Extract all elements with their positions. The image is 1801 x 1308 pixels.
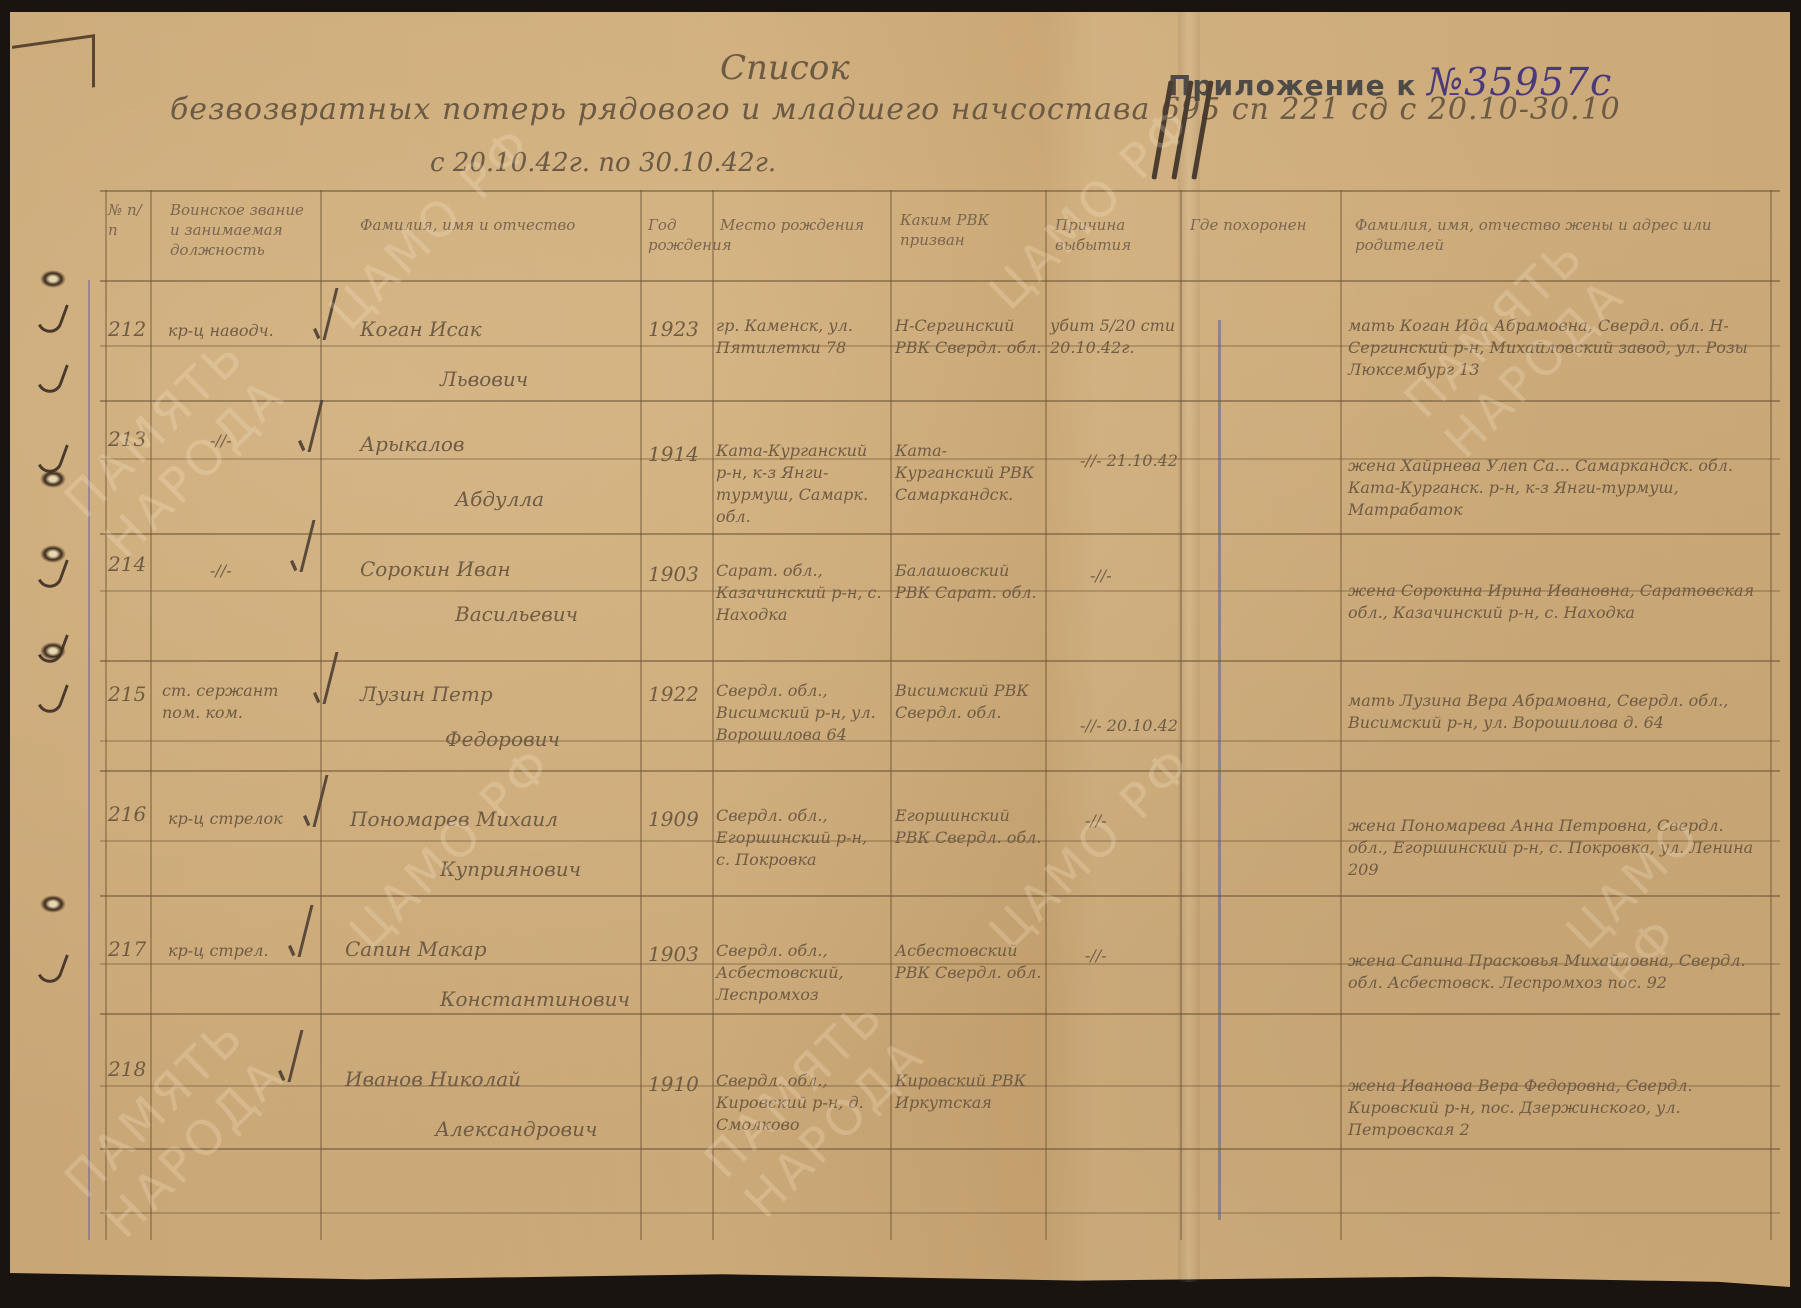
- row-relatives: жена Хайрнева Улеп Са... Самаркандск. об…: [1348, 455, 1766, 521]
- row-patronymic: Куприянович: [440, 855, 581, 883]
- header-rank: Воинское звание и занимаемая должность: [170, 200, 318, 260]
- row-rvk: Асбестовский РВК Свердл. обл.: [895, 940, 1043, 984]
- row-rvk: Балашовский РВК Сарат. обл.: [895, 560, 1043, 604]
- row-rvk: Кировский РВК Иркутская: [895, 1070, 1043, 1114]
- binding-hole: [40, 642, 66, 660]
- row-birthplace: Свердл. обл., Егоршинский р-н, с. Покров…: [716, 805, 886, 871]
- row-cause: -//- 20.10.42: [1080, 715, 1178, 737]
- row-rank: -//-: [210, 430, 232, 452]
- row-number: 214: [108, 550, 146, 578]
- header-number: № п/п: [108, 200, 148, 240]
- row-rvk: Н-Сергинский РВК Свердл. обл.: [895, 315, 1043, 359]
- row-patronymic: Александрович: [435, 1115, 597, 1143]
- row-name: Сорокин Иван: [360, 555, 511, 583]
- row-rvk: Егоршинский РВК Свердл. обл.: [895, 805, 1043, 849]
- row-name: Сапин Макар: [345, 935, 487, 963]
- row-cause: -//- 21.10.42: [1080, 450, 1178, 472]
- row-relatives: жена Иванова Вера Федоровна, Свердл. Кир…: [1348, 1075, 1766, 1141]
- row-number: 216: [108, 800, 146, 828]
- row-name: Лузин Петр: [360, 680, 493, 708]
- row-year: 1922: [648, 680, 699, 708]
- row-cause: -//-: [1085, 945, 1107, 967]
- header-buried: Где похоронен: [1190, 215, 1330, 235]
- row-number: 215: [108, 680, 146, 708]
- row-year: 1909: [648, 805, 699, 833]
- row-relatives: жена Сапина Прасковья Михайловна, Свердл…: [1348, 950, 1766, 994]
- header-rvk: Каким РВК призван: [900, 210, 1040, 250]
- row-name: Арыкалов: [360, 430, 465, 458]
- row-year: 1903: [648, 940, 699, 968]
- header-birthplace: Место рождения: [720, 215, 885, 235]
- row-number: 218: [108, 1055, 146, 1083]
- header-name: Фамилия, имя и отчество: [360, 215, 620, 235]
- binding-hole: [40, 895, 66, 913]
- row-number: 213: [108, 425, 146, 453]
- row-birthplace: Сарат. обл., Казачинский р-н, с. Находка: [716, 560, 886, 626]
- row-year: 1914: [648, 440, 699, 468]
- row-patronymic: Васильевич: [455, 600, 578, 628]
- row-rank: кр-ц стрел.: [168, 940, 269, 962]
- sheet-mark: [1160, 80, 1230, 190]
- header-cause: Причина выбытия: [1055, 215, 1175, 255]
- row-rvk: Висимский РВК Свердл. обл.: [895, 680, 1043, 724]
- row-relatives: мать Коган Ида Абрамовна, Свердл. обл. Н…: [1348, 315, 1766, 381]
- header-year: Год рождения: [648, 215, 708, 255]
- row-year: 1910: [648, 1070, 699, 1098]
- row-rank: -//-: [210, 560, 232, 582]
- row-birthplace: Свердл. обл., Висимский р-н, ул. Ворошил…: [716, 680, 886, 746]
- row-year: 1923: [648, 315, 699, 343]
- row-birthplace: Свердл. обл., Кировский р-н, д. Смолково: [716, 1070, 886, 1136]
- document-date-range: с 20.10.42г. по 30.10.42г.: [430, 148, 776, 178]
- row-rank: ст. сержант пом. ком.: [162, 680, 312, 724]
- row-birthplace: Ката-Курганский р-н, к-з Янги-турмуш, Са…: [716, 440, 886, 528]
- binding-hole: [40, 545, 66, 563]
- row-year: 1903: [648, 560, 699, 588]
- row-rank: кр-ц наводч.: [168, 320, 318, 342]
- row-name: Пономарев Михаил: [350, 805, 558, 833]
- row-relatives: жена Пономарева Анна Петровна, Свердл. о…: [1348, 815, 1766, 881]
- row-name: Иванов Николай: [345, 1065, 521, 1093]
- binding-hole: [40, 470, 66, 488]
- document-title: Список: [720, 48, 850, 88]
- row-patronymic: Львович: [440, 365, 528, 393]
- row-cause: -//-: [1090, 565, 1112, 587]
- row-relatives: жена Сорокина Ирина Ивановна, Саратовска…: [1348, 580, 1766, 624]
- appendix-stamp: Приложение к №35957с: [1168, 60, 1612, 104]
- row-name: Коган Исак: [360, 315, 482, 343]
- row-number: 217: [108, 935, 146, 963]
- row-rvk: Ката-Курганский РВК Самаркандск.: [895, 440, 1043, 506]
- row-rank: кр-ц стрелок: [168, 808, 283, 830]
- header-relatives: Фамилия, имя, отчество жены и адрес или …: [1355, 215, 1755, 255]
- row-patronymic: Абдулла: [455, 485, 544, 513]
- binding-hole: [40, 270, 66, 288]
- row-patronymic: Константинович: [440, 985, 630, 1013]
- row-relatives: мать Лузина Вера Абрамовна, Свердл. обл.…: [1348, 690, 1766, 734]
- margin-line: [88, 280, 90, 1240]
- row-cause: -//-: [1085, 810, 1107, 832]
- stamp-number: №35957с: [1427, 60, 1612, 104]
- row-patronymic: Федорович: [445, 725, 560, 753]
- row-cause: убит 5/20 сти 20.10.42г.: [1050, 315, 1178, 359]
- row-birthplace: Свердл. обл., Асбестовский, Леспромхоз: [716, 940, 886, 1006]
- row-birthplace: гр. Каменск, ул. Пятилетки 78: [716, 315, 886, 359]
- row-number: 212: [108, 315, 146, 343]
